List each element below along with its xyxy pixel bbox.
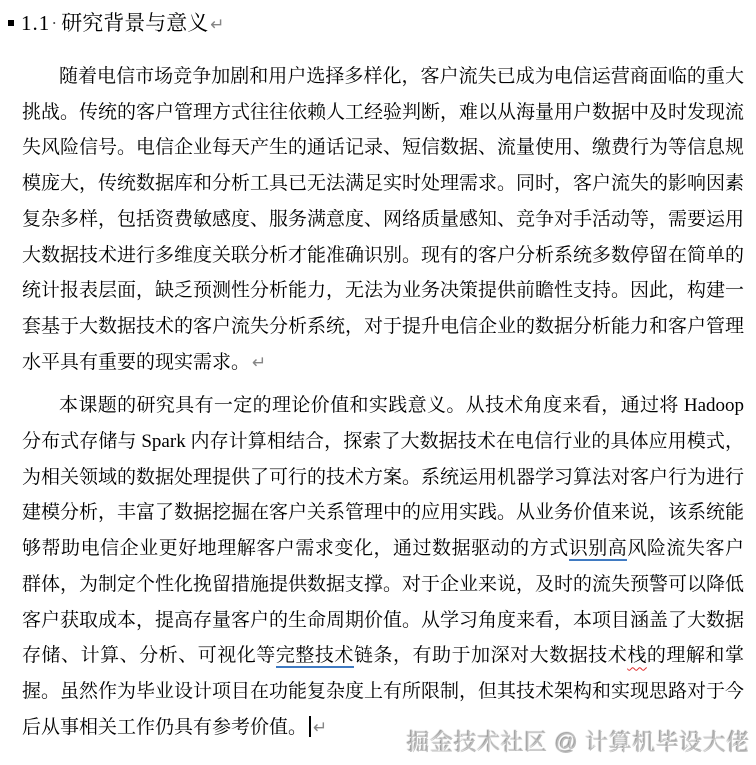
grammar-flagged-text[interactable]: 完整技术: [276, 645, 354, 668]
spellcheck-flagged-text[interactable]: 栈: [627, 645, 647, 666]
grammar-flagged-text[interactable]: 识别高: [569, 538, 628, 561]
paragraph-1-text: 随着电信市场竞争加剧和用户选择多样化，客户流失已成为电信运营商面临的重大挑战。传…: [22, 66, 744, 373]
heading-number: 1.1: [21, 11, 50, 35]
heading-title: 研究背景与意义: [61, 12, 208, 35]
watermark: 掘金技术社区 @ 计算机毕设大佬: [407, 724, 750, 757]
space-formatting-mark-icon: ·: [51, 12, 57, 32]
section-heading[interactable]: 1.1·研究背景与意义↵: [0, 0, 756, 40]
paragraph-mark-icon: ↵: [252, 353, 266, 373]
outline-bullet-icon: [8, 20, 14, 26]
paragraph-mark-icon: ↵: [313, 718, 327, 738]
paragraph-mark-icon: ↵: [210, 15, 224, 35]
paragraph-2-text: 链条，有助于加深对大数据技术: [354, 645, 627, 666]
paragraph-2-text: 本课题的研究具有一定的理论价值和实践意义。从技术角度来看，通过将 Hadoop …: [22, 395, 744, 559]
text-cursor: [309, 716, 311, 737]
paragraph-2[interactable]: 本课题的研究具有一定的理论价值和实践意义。从技术角度来看，通过将 Hadoop …: [0, 388, 756, 746]
word-document-page: 1.1·研究背景与意义↵ 随着电信市场竞争加剧和用户选择多样化，客户流失已成为电…: [0, 0, 756, 765]
paragraph-1[interactable]: 随着电信市场竞争加剧和用户选择多样化，客户流失已成为电信运营商面临的重大挑战。传…: [0, 59, 756, 381]
